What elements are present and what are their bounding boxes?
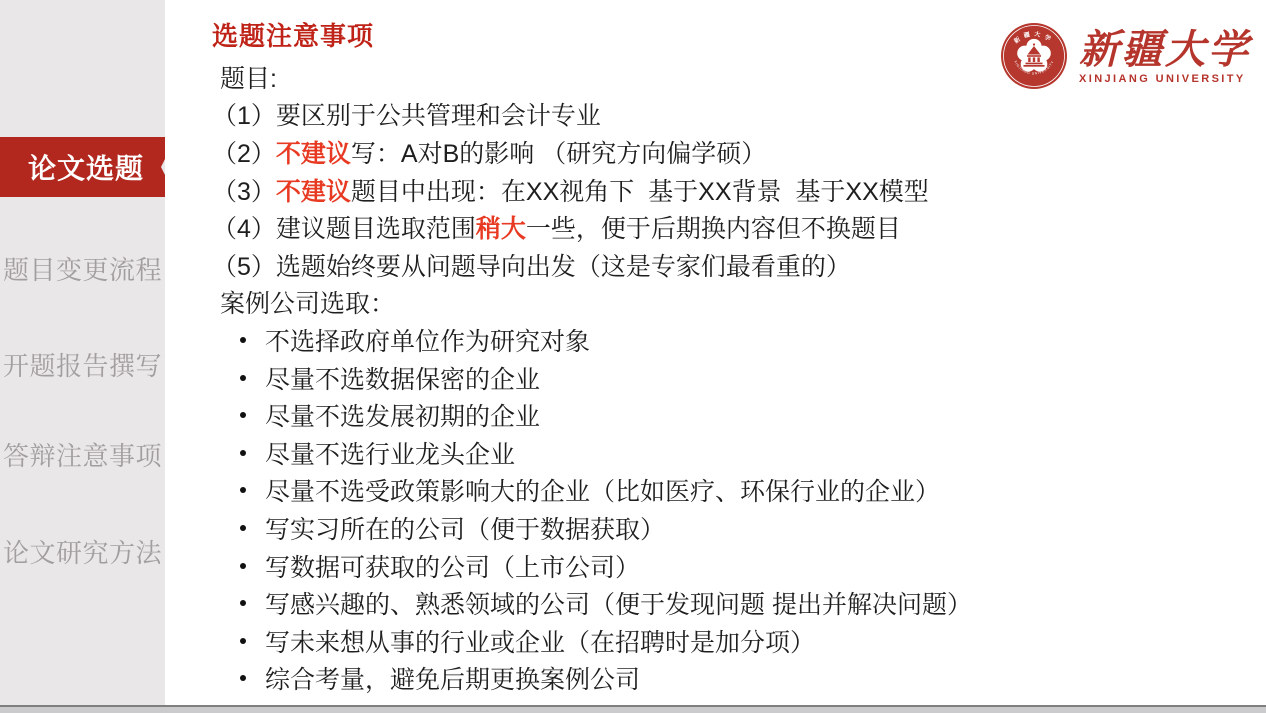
section-heading-case-company: 案例公司选取：	[212, 284, 1256, 322]
bullet-dot-icon	[240, 412, 246, 418]
sidebar-item-research-methods[interactable]: 论文研究方法	[0, 533, 165, 569]
text-segment: 案例公司选取：	[220, 284, 395, 320]
bullet-item: 尽量不选数据保密的企业	[212, 359, 1256, 397]
bullet-dot-icon	[240, 600, 246, 606]
numbered-item: （2）不建议写：A对B的影响 （研究方向偏学硕）	[212, 133, 1256, 171]
bullet-dot-icon	[240, 337, 246, 343]
university-logo: 新疆大学 XINJIANG UNIVERSITY 新疆大学 XINJIANG U…	[998, 20, 1251, 92]
sidebar-item-proposal-report-writing[interactable]: 开题报告撰写	[0, 346, 165, 382]
text-segment: （3）	[212, 172, 276, 208]
highlighted-text: 稍大	[476, 209, 526, 245]
bullet-item: 综合考量，避免后期更换案例公司	[212, 660, 1256, 698]
text-segment: 写感兴趣的、熟悉领域的公司（便于发现问题 提出并解决问题）	[265, 585, 972, 621]
text-segment: 写：A对B的影响 （研究方向偏学硕）	[351, 134, 766, 170]
text-segment: 写数据可获取的公司（上市公司）	[265, 548, 640, 584]
numbered-item: （4）建议题目选取范围稍大一些，便于后期换内容但不换题目	[212, 208, 1256, 246]
bullet-item: 写数据可获取的公司（上市公司）	[212, 547, 1256, 585]
text-segment: （4）建议题目选取范围	[212, 209, 476, 245]
text-segment: 题目:	[220, 59, 277, 95]
highlighted-text: 不建议	[276, 172, 351, 208]
numbered-item: （5）选题始终要从问题导向出发（这是专家们最看重的）	[212, 246, 1256, 284]
highlighted-text: 不建议	[276, 134, 351, 170]
sidebar-item-label: 题目变更流程	[3, 250, 162, 287]
bullet-item: 写实习所在的公司（便于数据获取）	[212, 509, 1256, 547]
text-segment: 尽量不选行业龙头企业	[265, 435, 515, 471]
text-segment: （2）	[212, 134, 276, 170]
slide: 论文选题题目变更流程开题报告撰写答辩注意事项论文研究方法 选题注意事项 题目:（…	[0, 0, 1266, 713]
bullet-item: 写感兴趣的、熟悉领域的公司（便于发现问题 提出并解决问题）	[212, 584, 1256, 622]
sidebar-item-label: 论文研究方法	[3, 533, 162, 570]
bullet-dot-icon	[240, 375, 246, 381]
bullet-dot-icon	[240, 563, 246, 569]
text-segment: 一些，便于后期换内容但不换题目	[526, 209, 901, 245]
text-segment: 不选择政府单位作为研究对象	[265, 322, 590, 358]
text-segment: （5）选题始终要从问题导向出发（这是专家们最看重的）	[212, 247, 851, 283]
page-title: 选题注意事项	[212, 16, 374, 53]
text-segment: 尽量不选数据保密的企业	[265, 360, 540, 396]
bottom-edge-divider	[0, 705, 1266, 713]
numbered-item: （1）要区别于公共管理和会计专业	[212, 96, 1256, 134]
text-segment: 综合考量，避免后期更换案例公司	[265, 660, 640, 696]
sidebar-item-defense-notes[interactable]: 答辩注意事项	[0, 436, 165, 472]
bullet-dot-icon	[240, 675, 246, 681]
numbered-item: （3）不建议题目中出现：在XX视角下 基于XX背景 基于XX模型	[212, 171, 1256, 209]
bullet-dot-icon	[240, 450, 246, 456]
sidebar-item-label: 答辩注意事项	[3, 436, 162, 473]
text-segment: 题目中出现：在XX视角下 基于XX背景 基于XX模型	[351, 172, 929, 208]
sidebar-item-title-change-process[interactable]: 题目变更流程	[0, 250, 165, 286]
sidebar-item-label: 开题报告撰写	[3, 346, 162, 383]
text-segment: 写实习所在的公司（便于数据获取）	[265, 510, 665, 546]
sidebar: 论文选题题目变更流程开题报告撰写答辩注意事项论文研究方法	[0, 0, 165, 713]
bullet-dot-icon	[240, 487, 246, 493]
logo-wordmark: 新疆大学 XINJIANG UNIVERSITY	[1079, 28, 1251, 85]
bullet-dot-icon	[240, 638, 246, 644]
content-lines: 题目:（1）要区别于公共管理和会计专业（2）不建议写：A对B的影响 （研究方向偏…	[212, 58, 1256, 697]
text-segment: 写未来想从事的行业或企业（在招聘时是加分项）	[265, 623, 815, 659]
logo-chinese-name: 新疆大学	[1079, 28, 1251, 72]
sidebar-item-label: 论文选题	[28, 147, 144, 187]
bullet-dot-icon	[240, 525, 246, 531]
text-segment: 尽量不选受政策影响大的企业（比如医疗、环保行业的企业）	[265, 472, 940, 508]
bullet-item: 不选择政府单位作为研究对象	[212, 321, 1256, 359]
bullet-item: 尽量不选行业龙头企业	[212, 434, 1256, 472]
sidebar-item-thesis-topic[interactable]: 论文选题	[0, 137, 176, 197]
content-area: 选题注意事项 题目:（1）要区别于公共管理和会计专业（2）不建议写：A对B的影响…	[165, 0, 1266, 705]
bullet-item: 尽量不选发展初期的企业	[212, 396, 1256, 434]
bullet-item: 尽量不选受政策影响大的企业（比如医疗、环保行业的企业）	[212, 472, 1256, 510]
bullet-item: 写未来想从事的行业或企业（在招聘时是加分项）	[212, 622, 1256, 660]
logo-english-name: XINJIANG UNIVERSITY	[1079, 73, 1251, 85]
university-seal-icon: 新疆大学 XINJIANG UNIVERSITY	[998, 20, 1070, 92]
text-segment: 尽量不选发展初期的企业	[265, 397, 540, 433]
text-segment: （1）要区别于公共管理和会计专业	[212, 96, 601, 132]
